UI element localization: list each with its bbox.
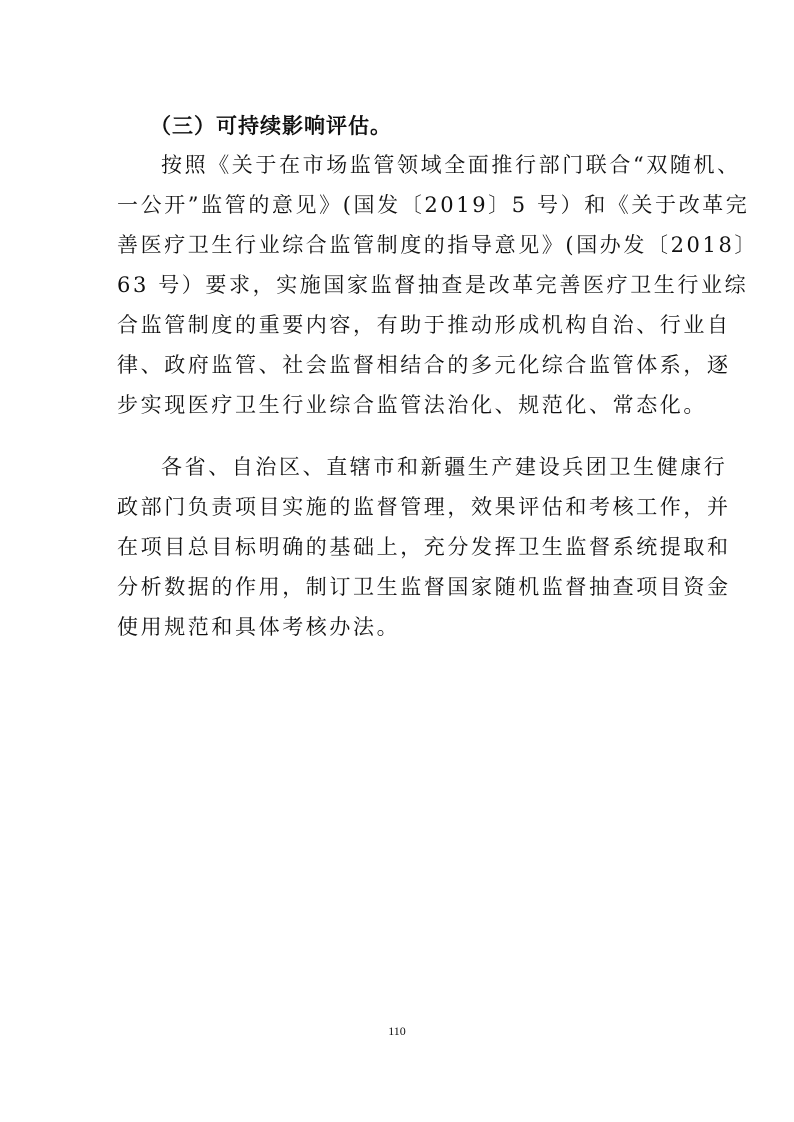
paragraph-line: 步实现医疗卫生行业综合监管法治化、规范化、常态化。 <box>117 390 707 420</box>
paragraph-line: 合监管制度的重要内容，有助于推动形成机构自治、行业自 <box>117 310 731 340</box>
paragraph-line: 政部门负责项目实施的监督管理，效果评估和考核工作，并 <box>117 492 731 522</box>
paragraph-line: 各省、自治区、直辖市和新疆生产建设兵团卫生健康行 <box>161 452 727 482</box>
paragraph-line: 律、政府监管、社会监督相结合的多元化综合监管体系，逐 <box>117 350 731 380</box>
document-page: （三）可持续影响评估。 按照《关于在市场监管领域全面推行部门联合“双随机、 一公… <box>0 0 794 1122</box>
paragraph-line: 使用规范和具体考核办法。 <box>117 612 400 642</box>
page-number: 110 <box>0 1024 794 1039</box>
paragraph-line: 按照《关于在市场监管领域全面推行部门联合“双随机、 <box>161 150 741 180</box>
paragraph-line: 63 号）要求，实施国家监督抽查是改革完善医疗卫生行业综 <box>117 270 748 300</box>
paragraph-line: 善医疗卫生行业综合监管制度的指导意见》(国办发〔2018〕 <box>117 230 758 260</box>
paragraph-line: 一公开”监管的意见》(国发〔2019〕5 号）和《关于改革完 <box>117 190 749 220</box>
section-heading: （三）可持续影响评估。 <box>150 110 392 140</box>
paragraph-line: 分析数据的作用，制订卫生监督国家随机监督抽查项目资金 <box>117 572 731 602</box>
paragraph-line: 在项目总目标明确的基础上，充分发挥卫生监督系统提取和 <box>117 532 731 562</box>
